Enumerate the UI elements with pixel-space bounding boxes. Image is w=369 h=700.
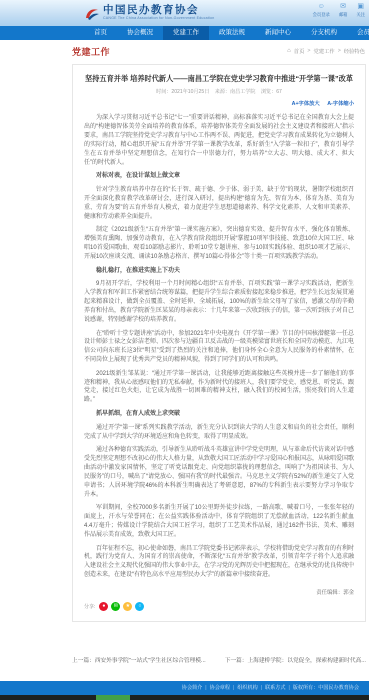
next-article-link[interactable]: 下一篇：上海建桥学院：以党促全，探索构建新时代高...	[225, 655, 366, 664]
mailbox-label: 邮箱	[339, 12, 348, 18]
breadcrumb-separator: >	[338, 48, 341, 54]
footer-strip-green-segment	[96, 695, 130, 700]
article-source: 来源：南昌工学院	[215, 89, 256, 95]
article-title: 坚持五育并举 培养时代新人——南昌工学院在党史学习教育中推进“开学第一课”改革	[84, 74, 354, 84]
article-subheading: 稳扎稳打，在推进实施上下功夫	[84, 267, 354, 276]
footer-separator: |	[261, 681, 262, 695]
article-paragraph: 军训期间，全校7000多名新生开展了10公里野外徒步拉练，一路高歌、喊着口号，一…	[84, 504, 354, 539]
nav-item-branches[interactable]: 分支机构	[301, 26, 347, 40]
article-editor: 责任编辑：郭金	[84, 588, 354, 596]
footer-links: 协会简介 | 协会章程 | 组织机构 | 联系方式 | 版权所有：中国民办教育协…	[182, 681, 359, 695]
article-card: 坚持五育并举 培养时代新人——南昌工学院在党史学习教育中推进“开学第一课”改革 …	[72, 64, 366, 622]
nav-item-home[interactable]: 首页	[84, 26, 117, 40]
member-login-button[interactable]: ☺ 会员登录	[313, 3, 330, 18]
article-paragraph: 通过各种德育实践活动，引导新生从聆听战斗英雄宣讲中学党史明理，从与革命后代访谈对…	[84, 446, 354, 499]
member-login-label: 会员登录	[313, 12, 330, 18]
qr-code-icon: ▣	[357, 3, 364, 11]
article-paragraph: 为深入学习贯彻习近平总书记“七一”重要讲话精神，高标准落实习近平总书记在全国教育…	[84, 114, 354, 167]
nav-item-party-building[interactable]: 党建工作	[163, 26, 209, 40]
breadcrumb-section[interactable]: 党建工作	[314, 47, 335, 55]
article-subheading: 对标对表，在设计谋划上做文章	[84, 172, 354, 181]
footer-separator: |	[205, 681, 206, 695]
article-body: 为深入学习贯彻习近平总书记“七一”重要讲话精神，高标准落实习近平总书记在全国教育…	[84, 114, 354, 579]
font-decrease-button[interactable]: A-字体缩小	[327, 101, 354, 107]
footer-separator: |	[288, 681, 289, 695]
wechat-share-icon[interactable]: ✉	[111, 602, 120, 611]
font-size-controls: A+字体放大 A-字体缩小	[84, 99, 354, 107]
share-row: 分享: ● ✉ ★ ○	[84, 602, 354, 611]
article-paragraph: 百年征程不忘，初心使命如磐，南昌工学院党委书记郭萍表示，学校将借助党史学习教育的…	[84, 545, 354, 580]
logo-emblem-icon	[84, 6, 100, 21]
font-increase-button[interactable]: A+字体放大	[292, 101, 320, 107]
article-paragraph: 制定《2021级新生“五育并举”第一课实施方案》，突出德育实效、提升智育水平、强…	[84, 226, 354, 261]
page-head: 党建工作 ⌂ 首页 > 党建工作 > 经验特色	[72, 42, 365, 60]
article-paragraph: 针对学生教育培养中存在的“长于智、疏于德、少于体、弱于美、缺于劳”的现状，暑期学…	[84, 186, 354, 221]
qq-share-icon[interactable]: ○	[135, 602, 144, 611]
nav-item-policy[interactable]: 政策法规	[209, 26, 255, 40]
article-paragraph: 在“聆听十堂专题讲座”活动中，参加2021年中央电视台《开学第一课》节目的中国核…	[84, 330, 354, 365]
nav-item-news[interactable]: 新闻中心	[255, 26, 301, 40]
site-subtitle: CANGE The China Association for Non-Gove…	[103, 17, 214, 21]
weibo-share-icon[interactable]: ●	[99, 602, 108, 611]
top-header-bar: 中国民办教育协会 CANGE The China Association for…	[0, 0, 369, 26]
article-meta: 时间：2021年10月25日 来源：南昌工学院 浏览：67	[84, 88, 354, 95]
breadcrumb: ⌂ 首页 > 党建工作 > 经验特色	[287, 47, 365, 55]
nav-item-member-services[interactable]: 会员服务	[347, 26, 369, 40]
footer-strip	[0, 695, 369, 700]
share-label: 分享:	[84, 603, 95, 610]
page-root: 中国民办教育协会 CANGE The China Association for…	[0, 0, 369, 700]
article-paragraph: 9月初开学后，学校利用一个月时间精心组织“五育并举、百项实践”第一课学习实践活动…	[84, 280, 354, 324]
footer-link-contact[interactable]: 联系方式	[265, 681, 285, 695]
mail-icon: ✉	[340, 3, 346, 11]
breadcrumb-home[interactable]: 首页	[294, 47, 305, 55]
follow-button[interactable]: ▣ 关注	[356, 3, 365, 18]
article-pager: 上一篇：西安外事学院“一站式”学生社区综合管理模... 下一篇：上海建桥学院：以…	[72, 655, 366, 664]
footer-link-about[interactable]: 协会简介	[182, 681, 202, 695]
breadcrumb-separator: >	[307, 48, 310, 54]
footer-bar: 协会简介 | 协会章程 | 组织机构 | 联系方式 | 版权所有：中国民办教育协…	[0, 681, 369, 695]
footer-separator: |	[233, 681, 234, 695]
footer-link-charter[interactable]: 协会章程	[210, 681, 230, 695]
article-subheading: 抓早抓细，在育人成效上求突破	[84, 410, 354, 419]
follow-label: 关注	[356, 12, 365, 18]
article-views: 浏览：67	[261, 89, 282, 95]
nav-item-about[interactable]: 协会概况	[117, 26, 163, 40]
user-icon: ☺	[318, 3, 325, 11]
prev-article-link[interactable]: 上一篇：西安外事学院“一站式”学生社区综合管理模...	[72, 655, 206, 664]
footer-copyright: 版权所有：中国民办教育协会	[293, 681, 359, 695]
qzone-share-icon[interactable]: ★	[123, 602, 132, 611]
article-time: 时间：2021年10月25日	[156, 89, 209, 95]
site-logo[interactable]: 中国民办教育协会 CANGE The China Association for…	[84, 5, 214, 21]
breadcrumb-current: 经验特色	[344, 47, 365, 55]
home-icon: ⌂	[287, 48, 291, 54]
site-title: 中国民办教育协会	[103, 5, 214, 16]
article-paragraph: 2021级新生邹某说：“通过开学第一课活动，让我能够近距离接触这些英模并进一步了…	[84, 370, 354, 405]
article-paragraph: 通过开学“第一课”系列实践教学活动，新生充分认识到读大学的人生意义和肩负的社会责…	[84, 424, 354, 442]
footer-link-organization[interactable]: 组织机构	[237, 681, 257, 695]
main-nav: 首页 协会概况 党建工作 政策法规 新闻中心 分支机构 会员服务	[0, 26, 369, 40]
section-title: 党建工作	[72, 45, 110, 58]
mailbox-button[interactable]: ✉ 邮箱	[339, 3, 348, 18]
header-user-links: ☺ 会员登录 ✉ 邮箱 ▣ 关注	[313, 3, 365, 18]
